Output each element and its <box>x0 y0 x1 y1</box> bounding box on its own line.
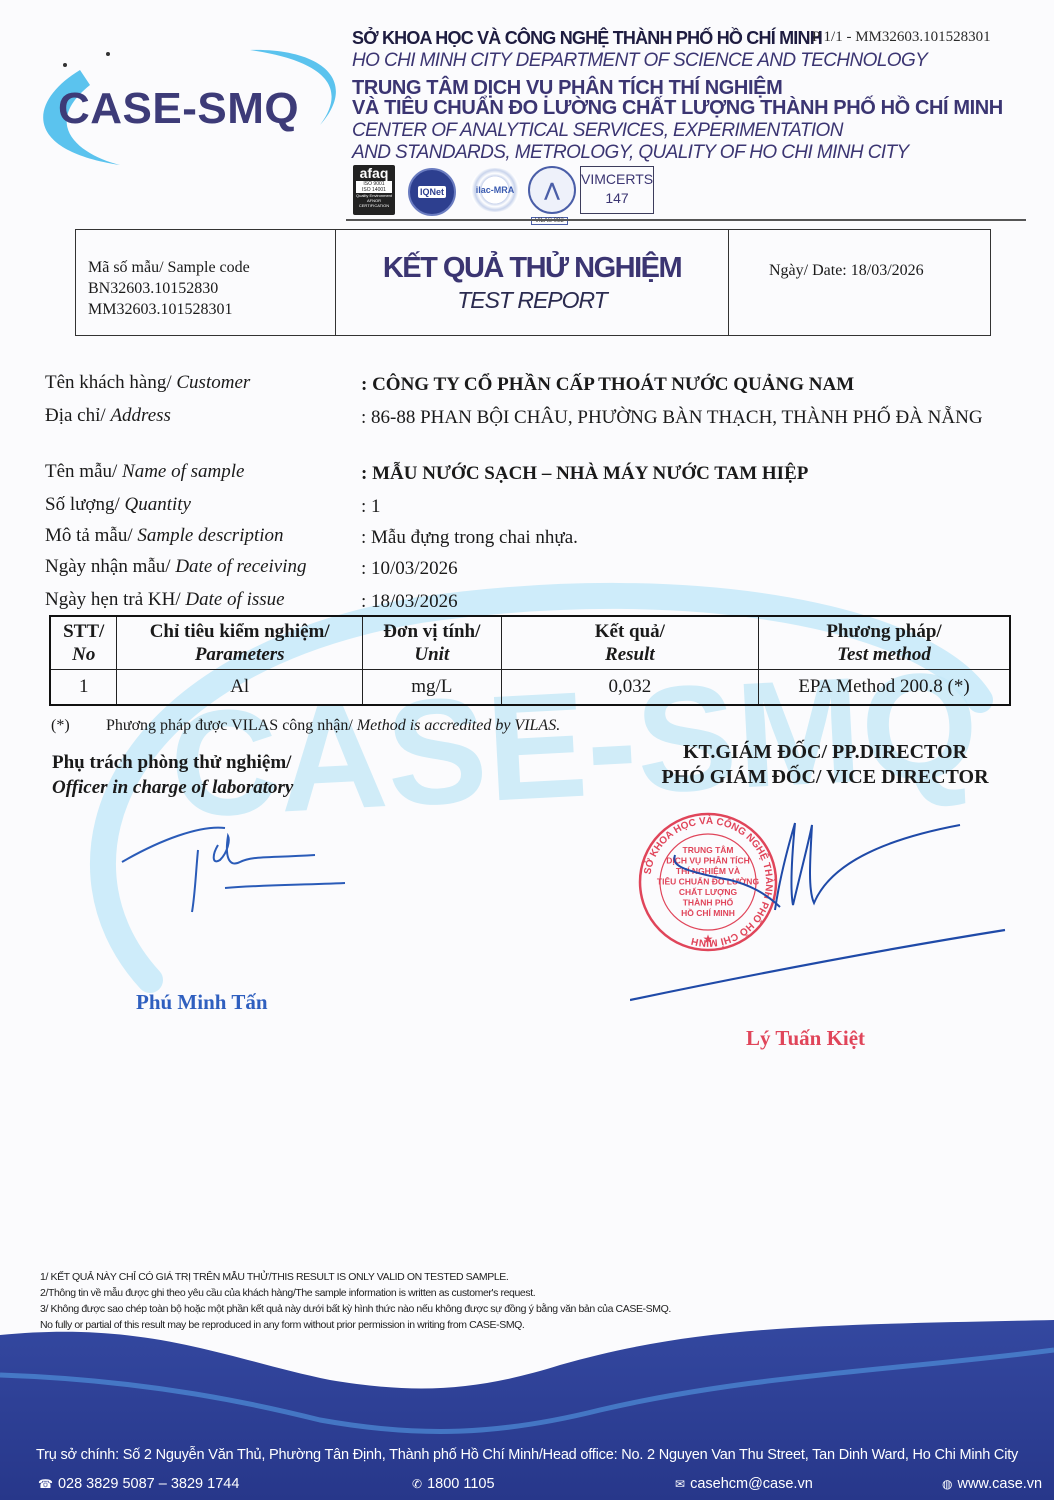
department-name-vn: SỞ KHOA HỌC VÀ CÔNG NGHỆ THÀNH PHỐ HỒ CH… <box>352 28 822 49</box>
table-cell: 1 <box>50 670 117 706</box>
info-value: : 18/03/2026 <box>361 589 1011 614</box>
column-header: Chỉ tiêu kiểm nghiệm/Parameters <box>117 616 363 670</box>
column-header: Kết quả/Result <box>501 616 758 670</box>
lab-officer-name: Phú Minh Tấn <box>136 990 268 1015</box>
table-cell: Al <box>117 670 363 706</box>
sample-code-block: Mã số mẫu/ Sample code BN32603.10152830 … <box>76 230 336 335</box>
accreditation-footnote: (*)Phương pháp được VILAS công nhận/ Met… <box>51 717 560 735</box>
info-label: Tên mẫu/ Name of sample <box>45 461 244 483</box>
info-label: Ngày hẹn trả KH/ Date of issue <box>45 589 285 611</box>
lab-officer-signature <box>100 800 380 920</box>
iqnet-certification-badge: IQNet <box>408 168 456 216</box>
footer-email[interactable]: ✉casehcm@case.vn <box>675 1476 813 1492</box>
center-name-en-line2: AND STANDARDS, METROLOGY, QUALITY OF HO … <box>352 142 909 164</box>
sample-code-1: BN32603.10152830 <box>88 278 335 299</box>
page-code: P 1/1 - MM32603.101528301 <box>812 29 991 46</box>
info-value: : Mẫu đựng trong chai nhựa. <box>361 525 1011 550</box>
column-header: Đơn vị tính/Unit <box>362 616 501 670</box>
info-label: Mô tả mẫu/ Sample description <box>45 525 284 547</box>
header-divider <box>346 219 1026 221</box>
info-label: Tên khách hàng/ Customer <box>45 372 250 394</box>
report-title-en: TEST REPORT <box>336 287 728 314</box>
phone-handset-icon: ✆ <box>412 1477 422 1491</box>
info-label: Ngày nhận mẫu/ Date of receiving <box>45 556 307 578</box>
results-table: STT/NoChỉ tiêu kiểm nghiệm/ParametersĐơn… <box>49 615 1011 706</box>
footer-hotline: ✆1800 1105 <box>412 1476 495 1492</box>
column-header: STT/No <box>50 616 117 670</box>
note-line: 3/ Không được sao chép toàn bộ hoặc một … <box>40 1301 671 1317</box>
center-name-en-line1: CENTER OF ANALYTICAL SERVICES, EXPERIMEN… <box>352 120 843 142</box>
head-office-address: Trụ sở chính: Số 2 Nguyễn Văn Thủ, Phườn… <box>36 1447 1018 1463</box>
svg-text:HỒ CHÍ MINH: HỒ CHÍ MINH <box>681 907 735 918</box>
svg-text:THÍ NGHIỆM VÀ: THÍ NGHIỆM VÀ <box>676 865 740 876</box>
footer-phone: ☎028 3829 5087 – 3829 1744 <box>38 1476 239 1492</box>
report-title-box: Mã số mẫu/ Sample code BN32603.10152830 … <box>75 229 991 336</box>
official-stamp-and-signature: SỞ KHOA HỌC VÀ CÔNG NGHỆ THÀNH PHỐ HỒ CH… <box>630 795 1010 1015</box>
svg-text:TRUNG TÂM: TRUNG TÂM <box>683 844 734 855</box>
afaq-certification-badge: afaq ISO 9001 ISO 14001 Quality Environm… <box>353 165 395 215</box>
lab-officer-title: Phụ trách phòng thử nghiệm/ Officer in c… <box>52 750 293 800</box>
table-cell: EPA Method 200.8 (*) <box>759 670 1010 706</box>
department-name-en: HO CHI MINH CITY DEPARTMENT OF SCIENCE A… <box>352 50 927 72</box>
sample-code-label: Mã số mẫu/ Sample code <box>88 257 335 278</box>
ilac-mra-badge: ilac-MRA <box>470 168 520 212</box>
note-line: 2/Thông tin về mẫu được ghi theo yêu cầu… <box>40 1285 671 1301</box>
footer-wave-banner <box>0 1320 1054 1500</box>
info-label: Địa chỉ/ Address <box>45 405 171 427</box>
table-row: 1Almg/L0,032EPA Method 200.8 (*) <box>50 670 1010 706</box>
envelope-icon: ✉ <box>675 1477 685 1491</box>
svg-text:CHẤT LƯỢNG: CHẤT LƯỢNG <box>679 887 738 897</box>
red-seal-stamp: SỞ KHOA HỌC VÀ CÔNG NGHỆ THÀNH PHỐ HỒ CH… <box>640 814 776 950</box>
info-value: : 10/03/2026 <box>361 556 1011 581</box>
globe-icon: ◍ <box>942 1477 952 1491</box>
results-header-row: STT/NoChỉ tiêu kiểm nghiệm/ParametersĐơn… <box>50 616 1010 670</box>
vimcerts-badge: VIMCERTS 147 <box>580 166 654 214</box>
company-logo: CASE-SMQ <box>58 84 299 134</box>
info-value: : MẪU NƯỚC SẠCH – NHÀ MÁY NƯỚC TAM HIỆP <box>361 461 1011 486</box>
report-title-block: KẾT QUẢ THỬ NGHIỆM TEST REPORT <box>336 230 729 335</box>
center-name-vn-line2: VÀ TIÊU CHUẨN ĐO LƯỜNG CHẤT LƯỢNG THÀNH … <box>352 97 1003 120</box>
info-value: : 1 <box>361 494 1011 519</box>
svg-text:DỊCH VỤ PHÂN TÍCH: DỊCH VỤ PHÂN TÍCH <box>666 855 750 866</box>
vice-director-title: KT.GIÁM ĐỐC/ PP.DIRECTOR PHÓ GIÁM ĐỐC/ V… <box>645 740 1005 790</box>
vice-director-name: Lý Tuấn Kiệt <box>746 1026 865 1051</box>
telephone-icon: ☎ <box>38 1477 53 1491</box>
footer-website[interactable]: ◍www.case.vn <box>942 1476 1042 1492</box>
info-label: Số lượng/ Quantity <box>45 494 191 516</box>
report-title-vn: KẾT QUẢ THỬ NGHIỆM <box>336 252 728 285</box>
info-value: : 86-88 PHAN BỘI CHÂU, PHƯỜNG BÀN THẠCH,… <box>361 405 1011 430</box>
svg-text:★: ★ <box>703 932 714 946</box>
svg-text:THÀNH PHỐ: THÀNH PHỐ <box>683 897 734 908</box>
note-line: 1/ KẾT QUẢ NÀY CHỈ CÓ GIÁ TRỊ TRÊN MẪU T… <box>40 1269 671 1285</box>
report-date: Ngày/ Date: 18/03/2026 <box>729 230 990 335</box>
column-header: Phương pháp/Test method <box>759 616 1010 670</box>
table-cell: mg/L <box>362 670 501 706</box>
table-cell: 0,032 <box>501 670 758 706</box>
info-value: : CÔNG TY CỔ PHẦN CẤP THOÁT NƯỚC QUẢNG N… <box>361 372 1011 397</box>
sample-code-2: MM32603.101528301 <box>88 299 335 320</box>
vilas-accreditation-badge: ⋀ <box>528 166 576 214</box>
